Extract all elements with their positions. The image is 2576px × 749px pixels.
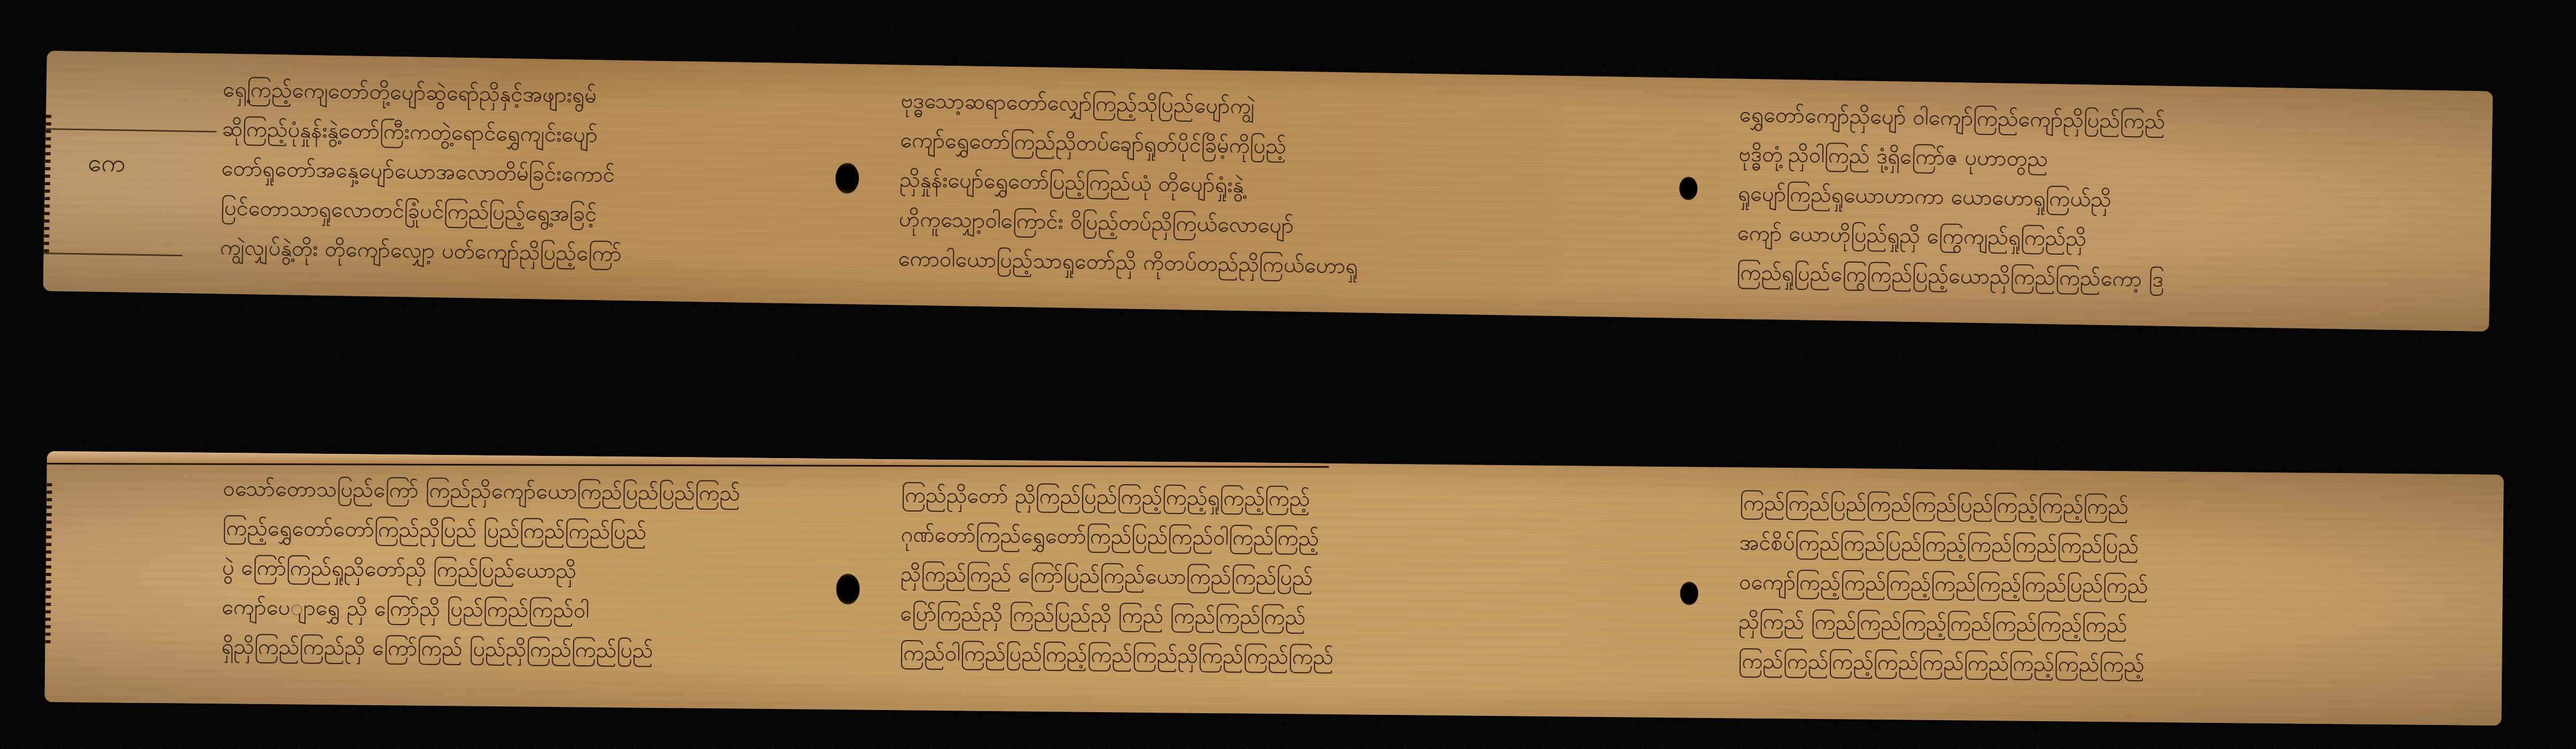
text-line: အင်စိပ်ကြည်ကြည်ပြည်ကြည့်ကြည်ကြည်ကြည်ပြည် (1739, 523, 2391, 569)
split-edge (47, 451, 1329, 468)
leaf-crack (44, 253, 183, 256)
string-hole (1680, 581, 1698, 605)
text-line: ပွဲ ကြော်ကြည်ရှုညှိတော်ညှိ ကြည်ပြည်ယောညှ… (222, 548, 890, 594)
text-line: ကြည်ကြည်ကြည့်ကြည်ကြည်ကြည်ကြည့်ကြည်ကြည့် (1738, 641, 2390, 687)
palm-leaf-bottom: ဝသော်တောသပြည်ကြော် ကြည်ညှိကျော်ယောကြည်ပြ… (44, 451, 2503, 726)
text-column-3: ကြည်ကြည်ပြည်ကြည်ကြည်ပြည်ကြည့်ကြည့်ကြည် အ… (1738, 483, 2391, 687)
text-column-2: ဗုဒ္ဓသော့ဆရာတော်လျှော်ကြည့်သိုပြည်ပျော်က… (898, 81, 1692, 291)
text-line: ကျော်ပေျာရွှေ ညှိ ကြော်ညှိ ပြည်ကြည်ကြည်ဝ… (222, 587, 890, 633)
leaf-crack (46, 128, 217, 132)
text-column-2: ကြည်ညှိတော် ညှိကြည်ပြည်ကြည့်ကြည့်ရှုကြည့… (899, 475, 1692, 680)
folio-number: ကေ (88, 147, 128, 184)
text-line: ကြည်ညှိတော် ညှိကြည်ပြည်ကြည့်ကြည့်ရှုကြည့… (901, 475, 1692, 522)
text-line: ရှိညှိကြည်ကြည်ညှိ ကြော်ကြည် ပြည်ညှိကြည်က… (221, 627, 889, 673)
text-line: ကြည့်ရွှေတော်တော်ကြည်ညှိပြည် ပြည်ကြည်ကြည… (222, 508, 890, 554)
text-column-3: ရွှေတော်ကျော်ညှိပျော် ဝါကျော်ကြည်ကျော်ညှ… (1736, 95, 2391, 303)
text-line: ပြော်ကြည်ညှိ ကြည်ပြည်ညှိ ကြည် ကြည်ကြည်ကြ… (900, 594, 1691, 641)
text-column-1: ရှေ့ကြည့်ကျေတော်တို့ပျော်ဆွဲရော်ညှိနှင့်… (220, 69, 890, 278)
text-line: ညှိကြည်ကြည် ကြော်ပြည်ကြည်ယောကြည်ကြည်ပြည် (901, 554, 1692, 601)
string-hole (1679, 177, 1698, 201)
text-line: ညှိကြည် ကြည်ကြည်ကြည့်ကြည်ကြည်ကြည့်ကြည် (1739, 602, 2391, 648)
palm-leaf-top: ကေ ရှေ့ကြည့်ကျေတော်တို့ပျော်ဆွဲရော်ညှိနှ… (43, 51, 2493, 332)
text-line: ကြည်ကြည်ပြည်ကြည်ကြည်ပြည်ကြည့်ကြည့်ကြည် (1740, 483, 2392, 529)
text-column-1: ဝသော်တောသပြည်ကြော် ကြည်ညှိကျော်ယောကြည်ပြ… (221, 469, 890, 673)
text-line: ကြည်ဝါကြည်ပြည်ကြည့်ကြည်ကြည်ညှိကြည်ကြည်ကြ… (899, 633, 1690, 680)
burnt-edge (44, 115, 51, 254)
text-line: ဝသော်တောသပြည်ကြော် ကြည်ညှိကျော်ယောကြည်ပြ… (223, 469, 891, 515)
burnt-edge (45, 483, 52, 643)
text-line: ဂုဏ်တော်ကြည်ရွှေတော်ကြည်ပြည်ကြည်ဝါကြည်ကြ… (901, 515, 1692, 562)
text-line: ဝကျော်ကြည့်ကြည်ကြည့်ကြည်ကြည့်ကြည်ပြည်ကြည… (1739, 562, 2391, 608)
